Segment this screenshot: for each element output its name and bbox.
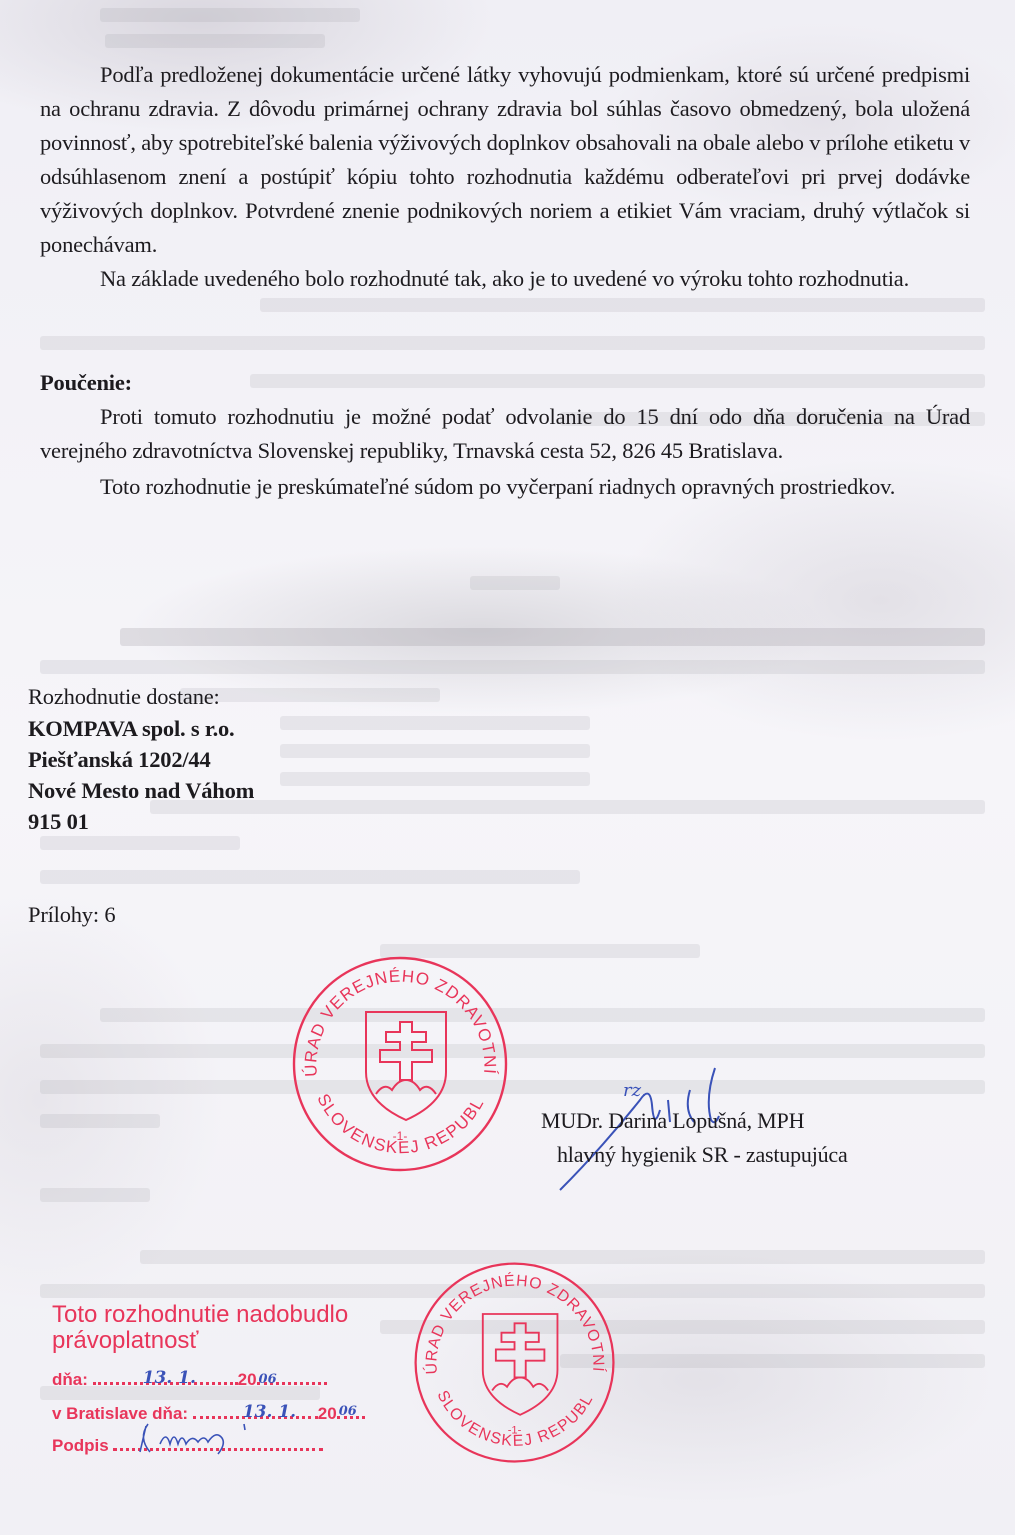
bleed-through-texture <box>40 336 985 350</box>
bleed-through-texture <box>100 8 360 22</box>
validity-handwritten-signature <box>130 1418 280 1458</box>
paragraph-review: Toto rozhodnutie je preskúmateľné súdom … <box>40 470 970 504</box>
bleed-through-texture <box>120 628 985 646</box>
validity-stamp-title-line-1: Toto rozhodnutie nadobudlo <box>52 1302 348 1328</box>
bleed-through-texture <box>40 1188 150 1202</box>
bleed-through-texture <box>260 298 985 312</box>
validity-year-prefix: 20 <box>238 1370 257 1389</box>
bleed-through-texture <box>560 1354 985 1368</box>
validity-date-value: 13. 1. <box>143 1368 196 1388</box>
validity-year-value: 06 <box>259 1372 277 1387</box>
validity-date-row: dňa: 13. 1. 20 06 <box>52 1370 327 1390</box>
validity-stamp-title-line-2: právoplatnosť <box>52 1328 348 1354</box>
attachments-count: Prílohy: 6 <box>28 898 115 932</box>
validity-place-year-prefix: 20 <box>318 1404 337 1423</box>
paragraph-appeal: Proti tomuto rozhodnutiu je možné podať … <box>40 400 970 468</box>
paragraph-decision: Na základe uvedeného bolo rozhodnuté tak… <box>40 262 970 296</box>
bleed-through-texture <box>150 800 985 814</box>
signatory-name: MUDr. Darina Lopušná, MPH <box>541 1104 804 1138</box>
seal-number: -1- <box>393 1129 408 1143</box>
seal-2-text-top: ÚRAD VEREJNÉHO ZDRAVOTNÍCTVA <box>410 1258 608 1375</box>
seal-text-top: ÚRAD VEREJNÉHO ZDRAVOTNÍCTVA <box>288 952 500 1077</box>
instruction-heading: Poučenie: <box>40 366 132 400</box>
official-seal-stamp-2: ÚRAD VEREJNÉHO ZDRAVOTNÍCTVA SLOVENSKEJ … <box>410 1258 620 1468</box>
bleed-through-texture <box>40 660 985 674</box>
validity-year-field: 06 <box>257 1382 327 1385</box>
signatory-title: hlavný hygienik SR - zastupujúca <box>557 1138 848 1172</box>
validity-place-year-field: 06 <box>337 1416 365 1419</box>
recipient-postal-code: 915 01 <box>28 805 89 839</box>
recipient-city: Nové Mesto nad Váhom <box>28 774 254 808</box>
bleed-through-texture <box>280 772 590 786</box>
seal-2-number: -1- <box>508 1424 522 1436</box>
coat-of-arms-icon <box>483 1314 558 1415</box>
official-seal-stamp: ÚRAD VEREJNÉHO ZDRAVOTNÍCTVA SLOVENSKEJ … <box>288 952 513 1177</box>
bleed-through-texture <box>470 576 560 590</box>
svg-text:ÚRAD VEREJNÉHO ZDRAVOTNÍCTVA: ÚRAD VEREJNÉHO ZDRAVOTNÍCTVA <box>410 1258 608 1375</box>
paragraph-consent: Podľa predloženej dokumentácie určené lá… <box>40 58 970 262</box>
bleed-through-texture <box>280 716 590 730</box>
validity-signature-label: Podpis <box>52 1436 109 1455</box>
recipient-street: Piešťanská 1202/44 <box>28 743 211 777</box>
validity-place-year-value: 06 <box>339 1404 357 1419</box>
bleed-through-texture <box>105 34 325 48</box>
svg-text:ÚRAD VEREJNÉHO ZDRAVOTNÍCTVA: ÚRAD VEREJNÉHO ZDRAVOTNÍCTVA <box>288 952 500 1077</box>
bleed-through-texture <box>250 374 985 388</box>
validity-stamp-title: Toto rozhodnutie nadobudlo právoplatnosť <box>52 1302 348 1354</box>
bleed-through-texture <box>280 744 590 758</box>
bleed-through-texture <box>40 1114 160 1128</box>
bleed-through-texture <box>40 870 580 884</box>
coat-of-arms-icon <box>366 1012 446 1120</box>
recipient-name: KOMPAVA spol. s r.o. <box>28 712 234 746</box>
bleed-through-texture <box>100 1008 985 1022</box>
recipient-label: Rozhodnutie dostane: <box>28 680 220 714</box>
validity-date-field: 13. 1. <box>93 1382 238 1385</box>
validity-date-label: dňa: <box>52 1370 88 1389</box>
